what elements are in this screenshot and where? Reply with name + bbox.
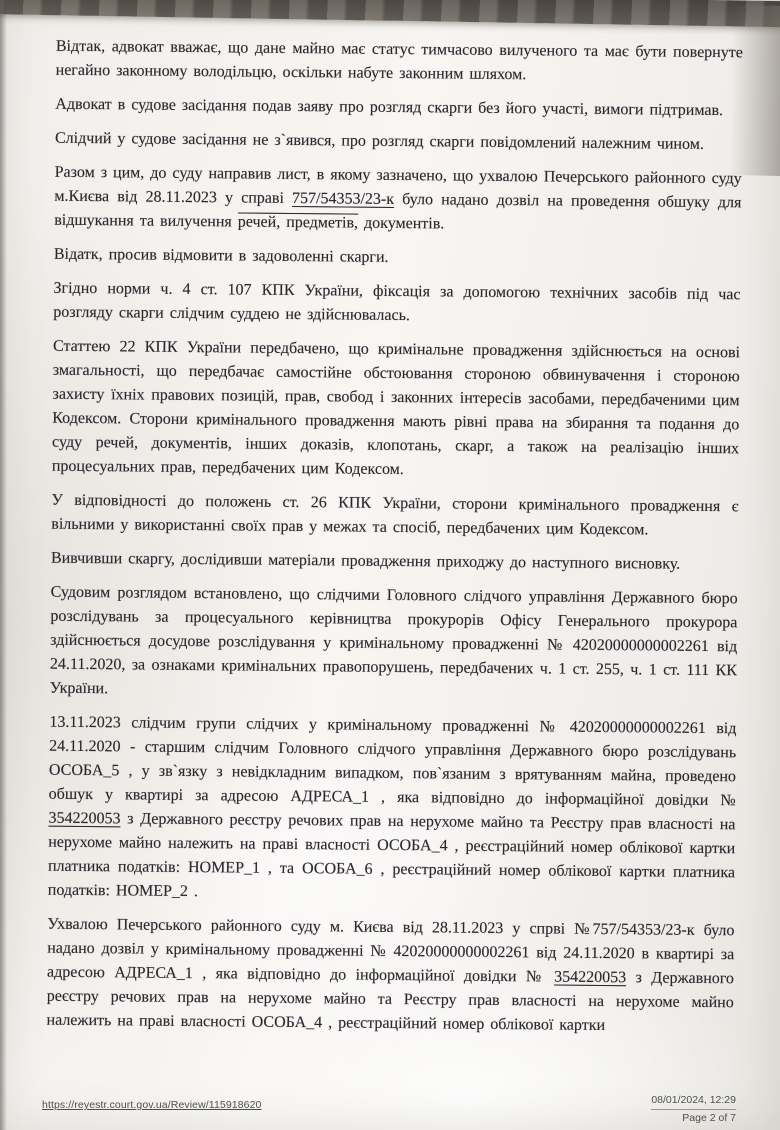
paragraph: Ухвалою Печерського районного суду м. Ки… [46,913,734,1040]
footer-url: https://reyestr.court.gov.ua/Review/1159… [42,1099,262,1111]
underlined-text-run: 354220053 [48,810,120,828]
paragraph: Судовим розглядом встановлено, що слідчи… [50,581,738,708]
print-footer: https://reyestr.court.gov.ua/Review/1159… [42,1094,736,1125]
paragraph: Адвокат в судове засідання подав заяву п… [55,93,742,124]
text-run: Відтак, адвокат вважає, що дане майно ма… [56,38,743,84]
footer-datetime: 08/01/2024, 12:29 [651,1094,736,1110]
text-run: Слідчий у судове засідання не з`явився, … [55,130,704,153]
photo-background-edge [0,0,780,28]
underlined-text-run: 354220053 [554,969,626,987]
paragraph: 13.11.2023 слідчим групи слідчих у кримі… [48,711,737,910]
text-run: Згідно норми ч. 4 ст. 107 КПК України, ф… [53,280,740,324]
paper-left-edge-shadow [0,0,7,1130]
text-run: з Державного реєстру речових прав на нер… [48,810,736,900]
text-run: Адвокат в судове засідання подав заяву п… [55,96,723,119]
text-run: Відатк, просив відмовити в задоволенні с… [54,246,389,266]
paragraph: Слідчий у судове засідання не з`явився, … [55,127,742,158]
paragraph: Відатк, просив відмовити в задоволенні с… [54,243,741,274]
document-body: Відтак, адвокат вважає, що дане майно ма… [46,35,743,1040]
paragraph: Статтею 22 КПК України передбачено, що к… [52,335,740,486]
text-run: Статтею 22 КПК України передбачено, що к… [52,338,740,478]
scanned-page-photo: Відтак, адвокат вважає, що дане майно ма… [0,0,780,1130]
text-run: Вивчивши скаргу, дослідивши матеріали пр… [51,550,680,573]
footer-meta: 08/01/2024, 12:29 Page 2 of 7 [651,1094,736,1125]
text-run: 13.11.2023 слідчим групи слідчих у кримі… [49,714,737,810]
paragraph: Згідно норми ч. 4 ст. 107 КПК України, ф… [53,277,740,332]
text-run: У відповідності до положень ст. 26 КПК У… [51,492,738,539]
text-run: Судовим розглядом встановлено, що слідчи… [50,584,738,698]
paragraph: Вивчивши скаргу, дослідивши матеріали пр… [51,547,738,578]
overlined-text-run: речей, предметів, [238,213,358,231]
footer-page-number: Page 2 of 7 [651,1110,736,1125]
paragraph: Разом з цим, до суду направив лист, в як… [54,161,742,240]
paragraph: Відтак, адвокат вважає, що дане майно ма… [56,35,743,90]
paragraph: У відповідності до положень ст. 26 КПК У… [51,489,738,544]
text-run: документів. [358,215,444,233]
underlined-text-run: 757/54353/23-к [292,190,394,208]
